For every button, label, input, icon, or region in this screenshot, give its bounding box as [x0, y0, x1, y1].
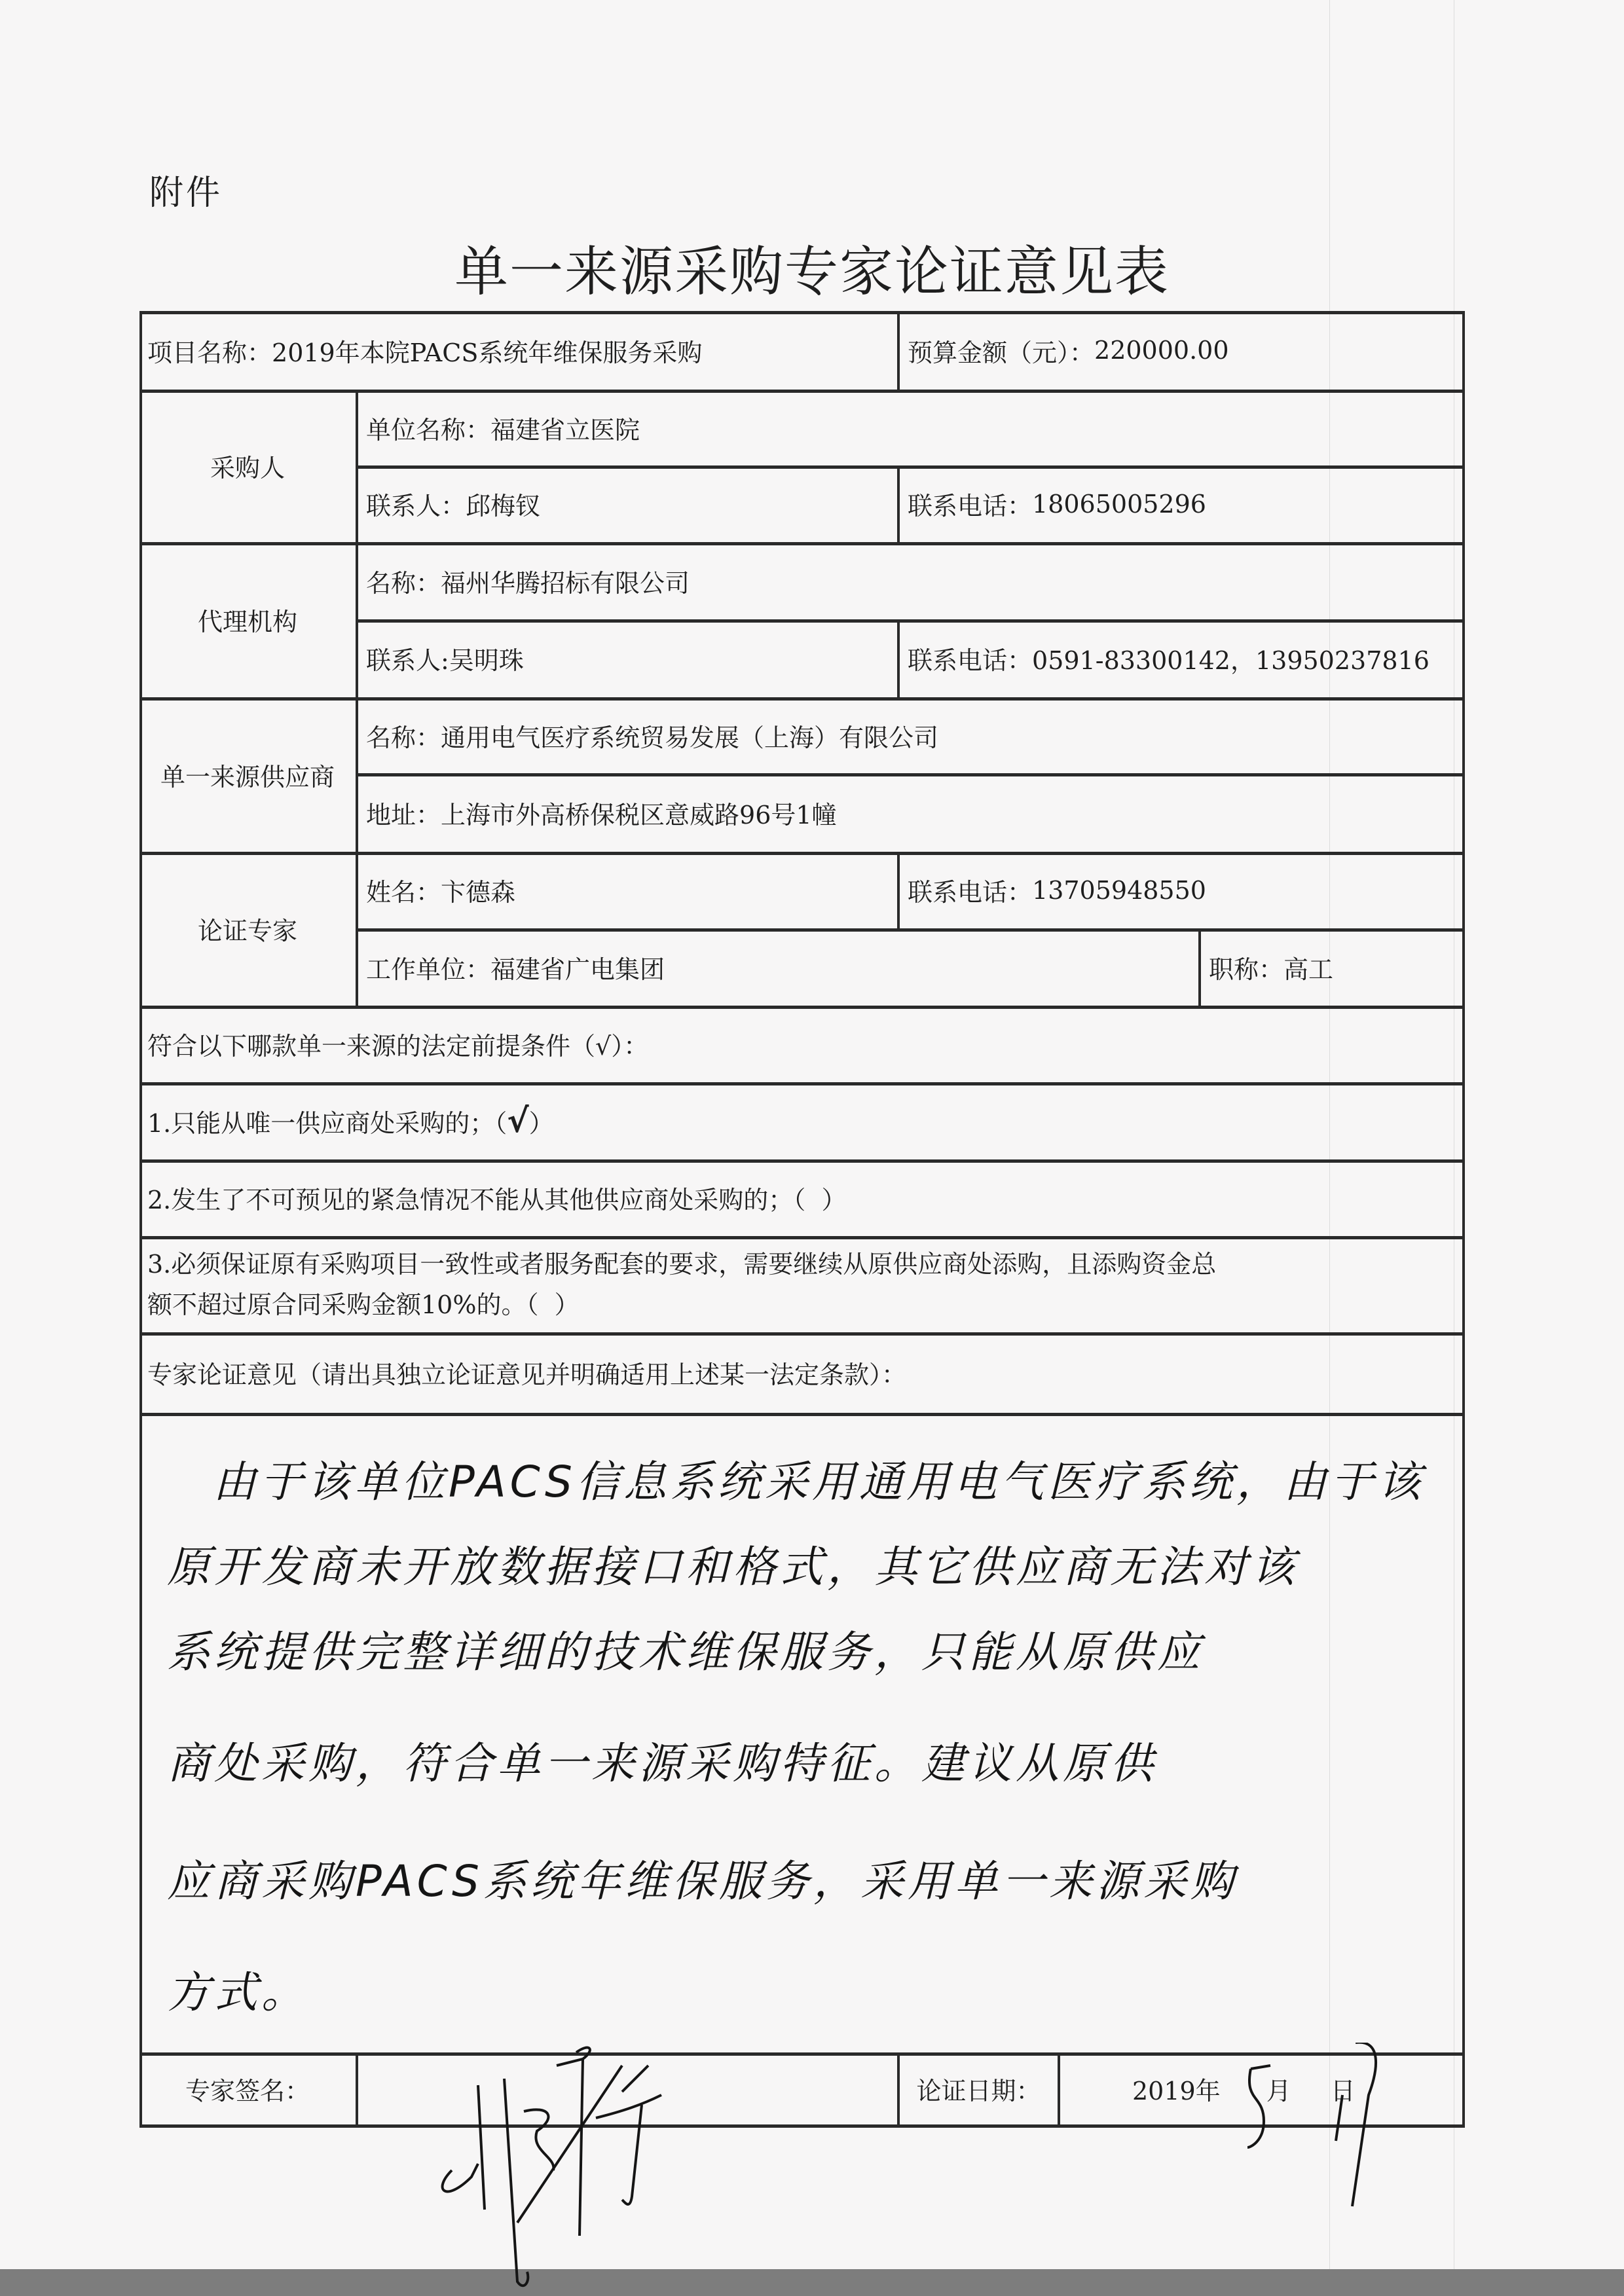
purchaser-unit-cell: 单位名称：福建省立医院: [358, 390, 1470, 465]
opinion-header: 专家论证意见（请出具独立论证意见并明确适用上述某一法定条款）：: [139, 1332, 1470, 1413]
expert-name-label: 姓名：: [366, 872, 441, 908]
supplier-address-cell: 地址：上海市外高桥保税区意威路96号1幢: [358, 773, 1470, 852]
expert-title-value: 高工: [1283, 949, 1333, 985]
handwritten-date-icon: [1231, 2043, 1401, 2226]
agency-contact-value: 吴明珠: [449, 640, 524, 676]
handwritten-opinion-line-2: 原开发商未开放数据接口和格式，其它供应商无法对该: [167, 1532, 1457, 1594]
agency-phone-value: 0591-83300142，13950237816: [1032, 640, 1430, 676]
condition-3-close: ）: [555, 1290, 580, 1319]
condition-1-text: 1.只能从唯一供应商处采购的；（: [147, 1103, 507, 1139]
supplier-section-label: 单一来源供应商: [139, 697, 356, 852]
agency-name-cell: 名称：福州华腾招标有限公司: [358, 542, 1470, 619]
purchaser-contact-label: 联系人：: [366, 486, 466, 522]
supplier-address-value: 上海市外高桥保税区意威路96号1幢: [441, 795, 837, 831]
agency-contact-cell: 联系人:吴明珠: [358, 619, 905, 697]
condition-3-text-line1: 3.必须保证原有采购项目一致性或者服务配套的要求，需要继续从原供应商处添购，且添…: [147, 1244, 1216, 1285]
purchaser-unit-value: 福建省立医院: [490, 410, 640, 446]
handwritten-opinion-line-6: 方式。: [167, 1958, 1457, 2020]
purchaser-phone-value: 18065005296: [1032, 490, 1206, 519]
expert-name-cell: 姓名：卞德森: [358, 852, 905, 928]
condition-item-1: 1.只能从唯一供应商处采购的；（√）: [139, 1082, 1470, 1159]
purchaser-unit-label: 单位名称：: [366, 410, 490, 446]
expert-employer-cell: 工作单位：福建省广电集团: [358, 928, 1206, 1006]
row-divider: [139, 1413, 1465, 1416]
expert-phone-label: 联系电话：: [908, 872, 1032, 908]
purchaser-contact-cell: 联系人：邱梅钗: [358, 465, 905, 542]
expert-phone-value: 13705948550: [1032, 876, 1206, 905]
purchaser-phone-cell: 联系电话：18065005296: [900, 465, 1470, 542]
condition-2-close: ）: [821, 1180, 846, 1216]
document-title: 单一来源采购专家论证意见表: [0, 229, 1624, 306]
conditions-header: 符合以下哪款单一来源的法定前提条件（√）：: [139, 1006, 1470, 1082]
condition-2-text: 2.发生了不可预见的紧急情况不能从其他供应商处采购的；（: [147, 1180, 805, 1216]
purchaser-section-label: 采购人: [139, 390, 356, 542]
condition-2-checkbox[interactable]: [805, 1184, 821, 1212]
handwritten-opinion-line-5: 应商采购PACS系统年维保服务，采用单一来源采购: [167, 1846, 1457, 1908]
project-name-cell: 项目名称：2019年本院PACS系统年维保服务采购: [139, 311, 905, 390]
attachment-label: 附件: [149, 165, 223, 214]
date-label: 论证日期：: [900, 2052, 1058, 2124]
supplier-address-label: 地址：: [366, 795, 441, 831]
handwritten-opinion-line-1: 由于该单位PACS信息系统采用通用电气医疗系统，由于该: [167, 1447, 1503, 1509]
budget-label: 预算金额（元）：: [908, 333, 1094, 369]
supplier-name-cell: 名称：通用电气医疗系统贸易发展（上海）有限公司: [358, 697, 1470, 773]
expert-name-value: 卞德森: [441, 872, 515, 908]
supplier-name-label: 名称：: [366, 718, 441, 754]
expert-title-cell: 职称：高工: [1201, 928, 1470, 1006]
expert-phone-cell: 联系电话：13705948550: [900, 852, 1470, 928]
signature-label: 专家签名：: [139, 2052, 356, 2124]
condition-3-text-line2: 额不超过原合同采购金额10%的。（ ）: [147, 1285, 580, 1325]
expert-employer-value: 福建省广电集团: [490, 949, 665, 985]
handwritten-opinion-line-3: 系统提供完整详细的技术维保服务，只能从原供应: [167, 1617, 1457, 1679]
condition-1-close: ）: [529, 1103, 554, 1139]
condition-3-checkbox[interactable]: [538, 1290, 554, 1319]
expert-title-label: 职称：: [1209, 949, 1283, 985]
expert-section-label: 论证专家: [139, 852, 356, 1006]
agency-name-value: 福州华腾招标有限公司: [441, 563, 690, 599]
supplier-name-value: 通用电气医疗系统贸易发展（上海）有限公司: [441, 718, 938, 754]
scanner-edge-band: [0, 2269, 1624, 2296]
agency-section-label: 代理机构: [139, 542, 356, 697]
expert-employer-label: 工作单位：: [366, 949, 490, 985]
project-name-value: 2019年本院PACS系统年维保服务采购: [272, 333, 702, 369]
condition-3-text-line2-main: 额不超过原合同采购金额10%的。（: [147, 1290, 538, 1319]
agency-name-label: 名称：: [366, 563, 441, 599]
date-year: 2019年: [1132, 2071, 1221, 2107]
condition-item-2: 2.发生了不可预见的紧急情况不能从其他供应商处采购的；（ ）: [139, 1159, 1470, 1236]
condition-item-3: 3.必须保证原有采购项目一致性或者服务配套的要求，需要继续从原供应商处添购，且添…: [139, 1236, 1470, 1332]
agency-phone-cell: 联系电话：0591-83300142，13950237816: [900, 619, 1470, 697]
budget-cell: 预算金额（元）：220000.00: [900, 311, 1470, 390]
budget-value: 220000.00: [1094, 336, 1229, 365]
purchaser-phone-label: 联系电话：: [908, 486, 1032, 522]
project-name-label: 项目名称：: [147, 333, 272, 369]
agency-contact-label: 联系人:: [366, 640, 449, 676]
agency-phone-label: 联系电话：: [908, 640, 1032, 676]
checkmark-icon[interactable]: √: [507, 1102, 528, 1140]
handwritten-opinion-line-4: 商处采购，符合单一来源采购特征。建议从原供: [167, 1728, 1457, 1791]
purchaser-contact-value: 邱梅钗: [466, 486, 540, 522]
signature-scribble-icon: [426, 2039, 792, 2288]
